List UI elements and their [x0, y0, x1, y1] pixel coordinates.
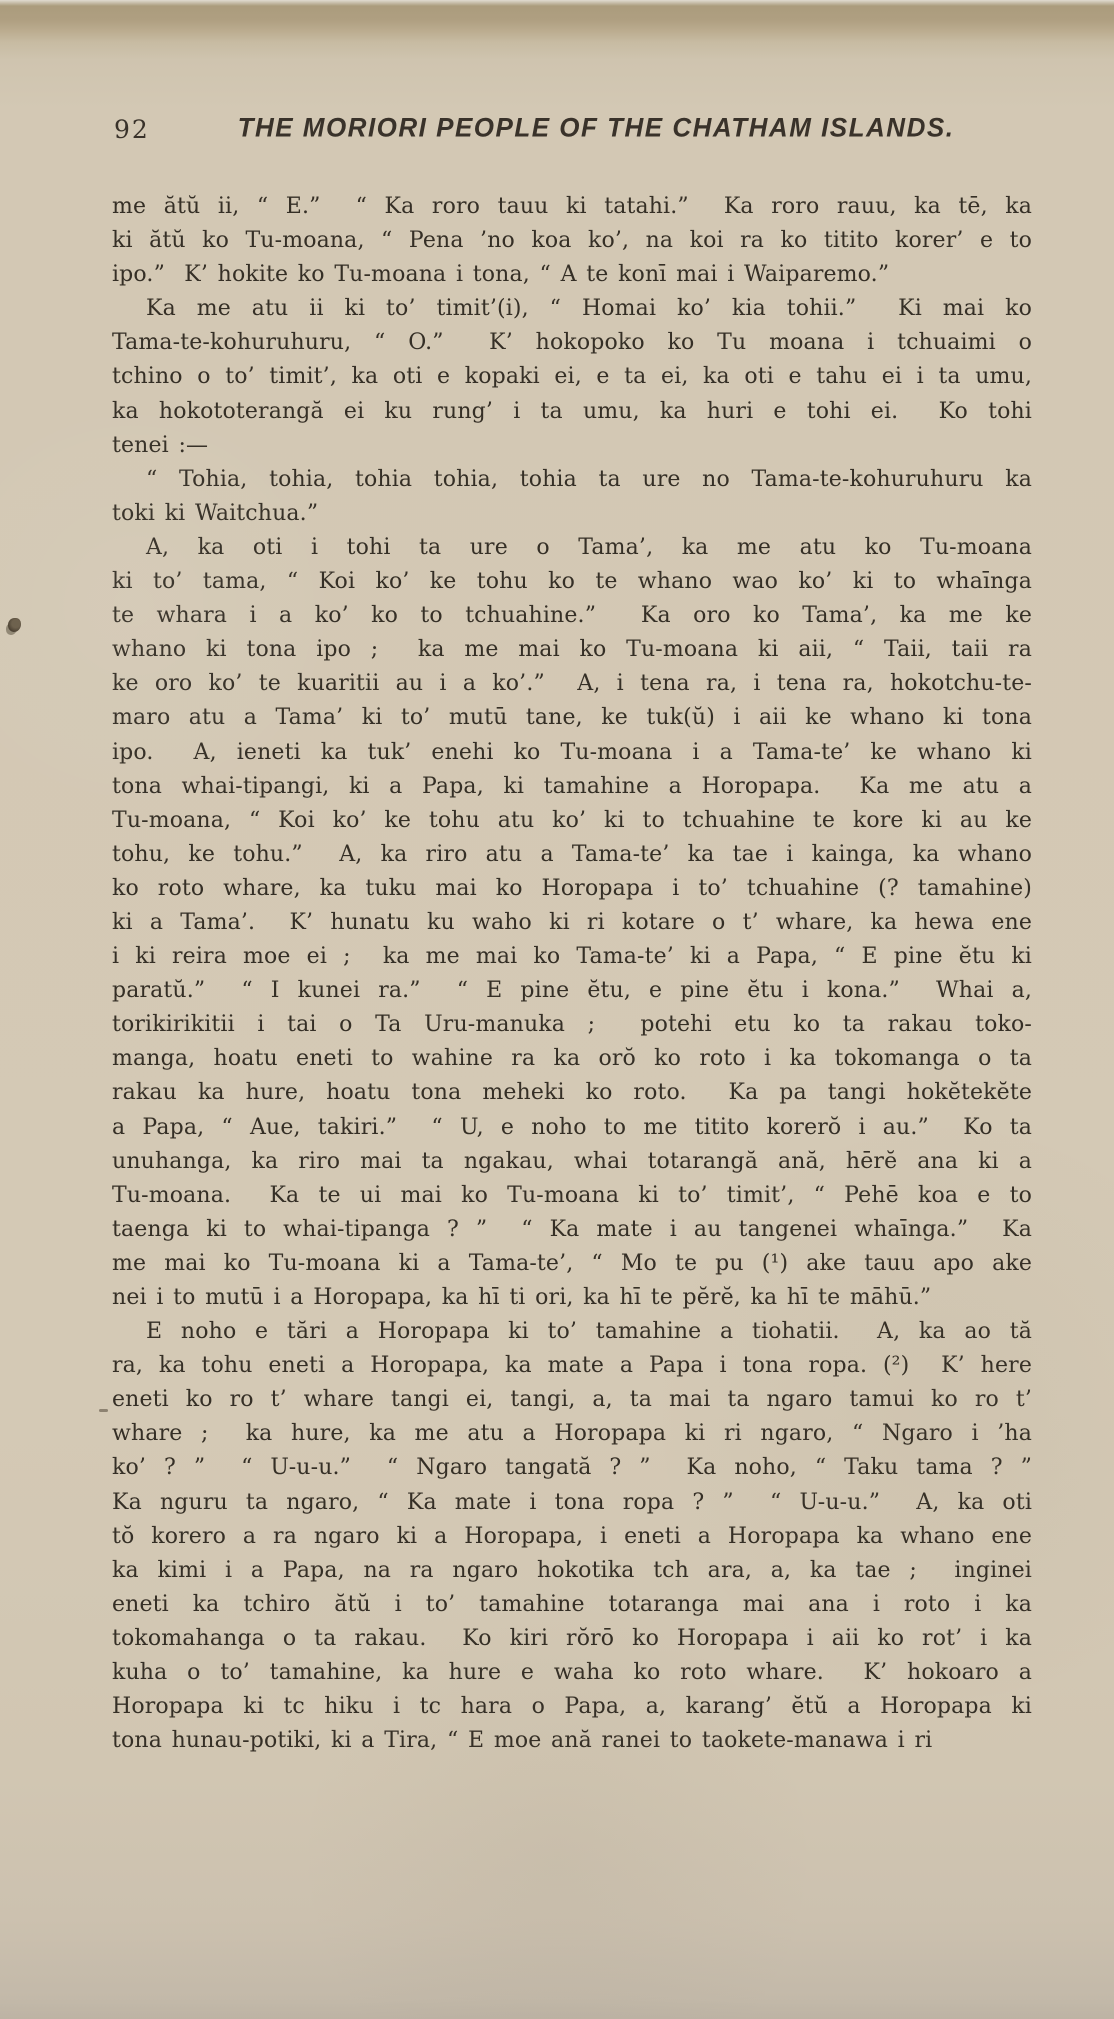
text-line: ko’ ? ” “ U-u-u.” “ Ngaro tangată ? ” Ka…	[112, 1451, 1032, 1485]
paragraph: A, ka oti i tohi ta ure o Tama’, ka me a…	[112, 531, 1032, 1315]
ink-blemish	[8, 618, 21, 632]
text-line: “ Tohia, tohia, tohia tohia, tohia ta ur…	[112, 463, 1032, 497]
text-line: me mai ko Tu-moana ki a Tama-te’, “ Mo t…	[112, 1247, 1032, 1281]
text-line: ki a Tama’. K’ hunatu ku waho ki ri kota…	[112, 906, 1032, 940]
text-line: eneti ko ro t’ whare tangi ei, tangi, a,…	[112, 1383, 1032, 1417]
text-line: a Papa, “ Aue, takiri.” “ U, e noho to m…	[112, 1111, 1032, 1145]
text-line: ka hokototerangă ei ku rung’ i ta umu, k…	[112, 395, 1032, 429]
text-line: eneti ka tchiro ătŭ i to’ tamahine totar…	[112, 1588, 1032, 1622]
text-line: manga, hoatu eneti to wahine ra ka orŏ k…	[112, 1042, 1032, 1076]
text-line: ka kimi i a Papa, na ra ngaro hokotika t…	[112, 1554, 1032, 1588]
text-line: nei i to mutū i a Horopapa, ka hī ti ori…	[112, 1281, 1032, 1315]
text-line: paratŭ.” “ I kunei ra.” “ E pine ĕtu, e …	[112, 974, 1032, 1008]
text-line: rakau ka hure, hoatu tona meheki ko roto…	[112, 1076, 1032, 1110]
page-number: 92	[114, 115, 150, 144]
paragraph: Ka me atu ii ki to’ timit’(i), “ Homai k…	[112, 292, 1032, 462]
running-header: 92 THE MORIORI PEOPLE OF THE CHATHAM ISL…	[112, 112, 1030, 148]
ink-blemish	[99, 1409, 108, 1412]
text-line: ke oro ko’ te kuaritii au i a ko’.” A, i…	[112, 667, 1032, 701]
text-line: toki ki Waitchua.”	[112, 497, 1032, 531]
paragraph: “ Tohia, tohia, tohia tohia, tohia ta ur…	[112, 463, 1032, 531]
text-line: torikirikitii i tai o Ta Uru-manuka ; po…	[112, 1008, 1032, 1042]
text-line: ki ătŭ ko Tu-moana, “ Pena ’no koa ko’, …	[112, 224, 1032, 258]
text-line: ko roto whare, ka tuku mai ko Horopapa i…	[112, 872, 1032, 906]
text-line: A, ka oti i tohi ta ure o Tama’, ka me a…	[112, 531, 1032, 565]
text-line: unuhanga, ka riro mai ta ngakau, whai to…	[112, 1145, 1032, 1179]
text-line: Tu-moana. Ka te ui mai ko Tu-moana ki to…	[112, 1179, 1032, 1213]
page-body: me ătŭ ii, “ E.” “ Ka roro tauu ki tatah…	[112, 190, 1032, 1758]
text-line: ki to’ tama, “ Koi ko’ ke tohu ko te wha…	[112, 565, 1032, 599]
text-line: whano ki tona ipo ; ka me mai ko Tu-moan…	[112, 633, 1032, 667]
text-line: kuha o to’ tamahine, ka hure e waha ko r…	[112, 1656, 1032, 1690]
text-line: Tama-te-kohuruhuru, “ O.” K’ hokopoko ko…	[112, 326, 1032, 360]
text-line: tona hunau-potiki, ki a Tira, “ E moe an…	[112, 1724, 1032, 1758]
paragraph: E noho e tări a Horopapa ki to’ tamahine…	[112, 1315, 1032, 1758]
text-line: tokomahanga o ta rakau. Ko kiri rŏrō ko …	[112, 1622, 1032, 1656]
text-line: ra, ka tohu eneti a Horopapa, ka mate a …	[112, 1349, 1032, 1383]
text-line: i ki reira moe ei ; ka me mai ko Tama-te…	[112, 940, 1032, 974]
text-line: Tu-moana, “ Koi ko’ ke tohu atu ko’ ki t…	[112, 804, 1032, 838]
text-line: tona whai-tipangi, ki a Papa, ki tamahin…	[112, 770, 1032, 804]
text-line: tohu, ke tohu.” A, ka riro atu a Tama-te…	[112, 838, 1032, 872]
text-line: Horopapa ki tc hiku i tc hara o Papa, a,…	[112, 1690, 1032, 1724]
text-line: whare ; ka hure, ka me atu a Horopapa ki…	[112, 1417, 1032, 1451]
text-line: ipo.” K’ hokite ko Tu-moana i tona, “ A …	[112, 258, 1032, 292]
text-line: Ka nguru ta ngaro, “ Ka mate i tona ropa…	[112, 1486, 1032, 1520]
running-title: THE MORIORI PEOPLE OF THE CHATHAM ISLAND…	[182, 111, 1010, 143]
book-page: 92 THE MORIORI PEOPLE OF THE CHATHAM ISL…	[0, 0, 1114, 2019]
text-line: tŏ korero a ra ngaro ki a Horopapa, i en…	[112, 1520, 1032, 1554]
text-line: maro atu a Tama’ ki to’ mutū tane, ke tu…	[112, 701, 1032, 735]
text-line: E noho e tări a Horopapa ki to’ tamahine…	[112, 1315, 1032, 1349]
text-line: Ka me atu ii ki to’ timit’(i), “ Homai k…	[112, 292, 1032, 326]
text-line: tenei :—	[112, 429, 1032, 463]
text-line: ipo. A, ieneti ka tuk’ enehi ko Tu-moana…	[112, 736, 1032, 770]
text-line: me ătŭ ii, “ E.” “ Ka roro tauu ki tatah…	[112, 190, 1032, 224]
text-line: taenga ki to whai-tipanga ? ” “ Ka mate …	[112, 1213, 1032, 1247]
text-line: tchino o to’ timit’, ka oti e kopaki ei,…	[112, 360, 1032, 394]
text-line: te whara i a ko’ ko to tchuahine.” Ka or…	[112, 599, 1032, 633]
paragraph: me ătŭ ii, “ E.” “ Ka roro tauu ki tatah…	[112, 190, 1032, 292]
